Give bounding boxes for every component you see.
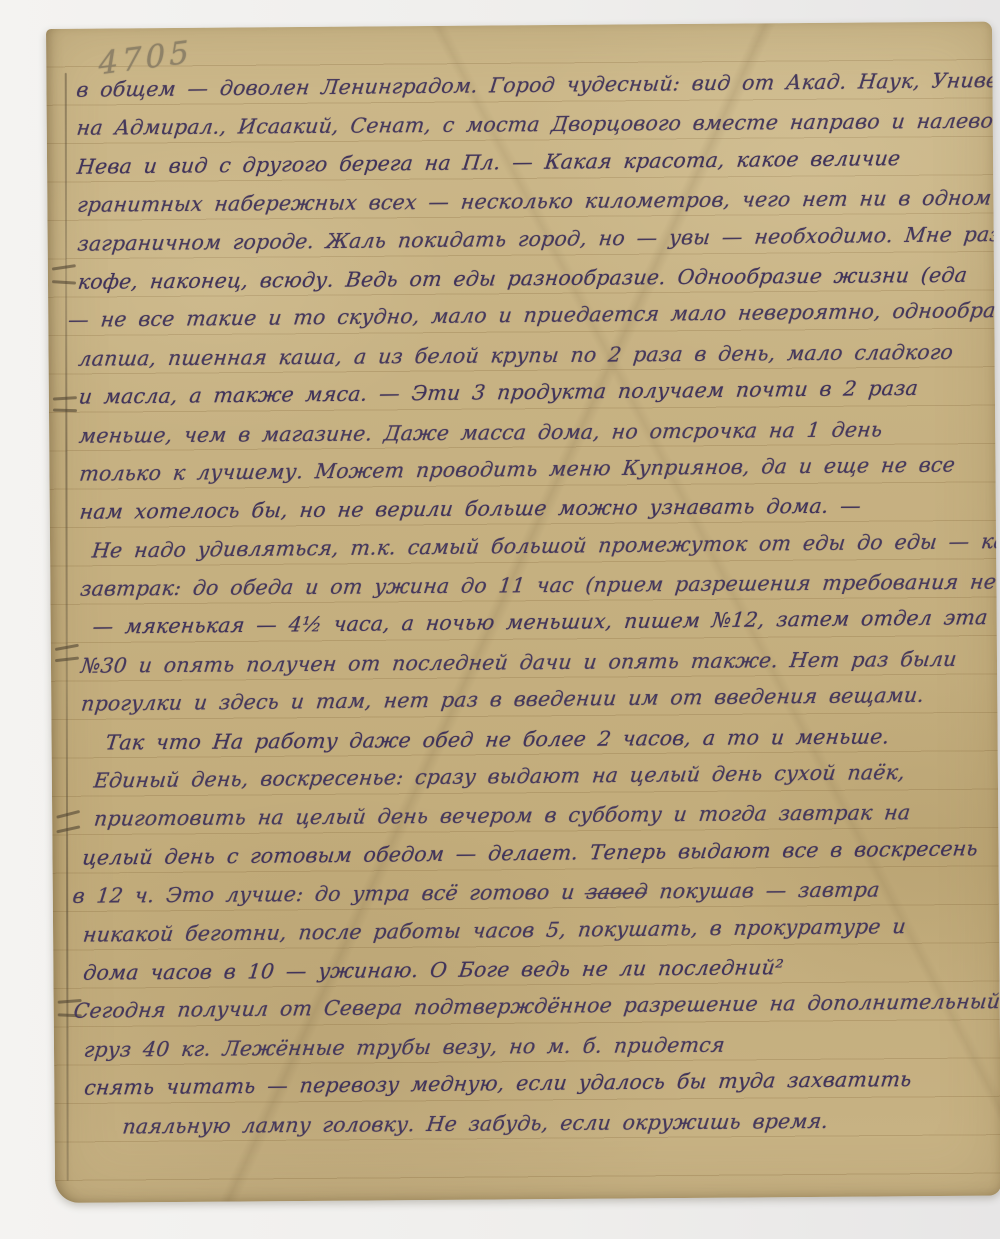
handwritten-text: в общем — доволен Ленинградом. Город чуд… bbox=[46, 64, 996, 1146]
handwriting-line: паяльную лампу головку. Не забудь, если … bbox=[52, 1100, 998, 1146]
paper-sheet: 4705 в общем — доволен Ленинградом. Горо… bbox=[46, 22, 1000, 1203]
handwriting-line: — мякенькая — 4½ часа, а ночью меньших, … bbox=[49, 599, 996, 647]
handwriting-line: — не все такие и то скудно, мало и приед… bbox=[46, 291, 993, 339]
handwriting-line: прогулки и здесь и там, нет раз в введен… bbox=[49, 675, 996, 723]
handwriting-line: Сегодня получил от Севера подтверждённое… bbox=[52, 982, 999, 1030]
